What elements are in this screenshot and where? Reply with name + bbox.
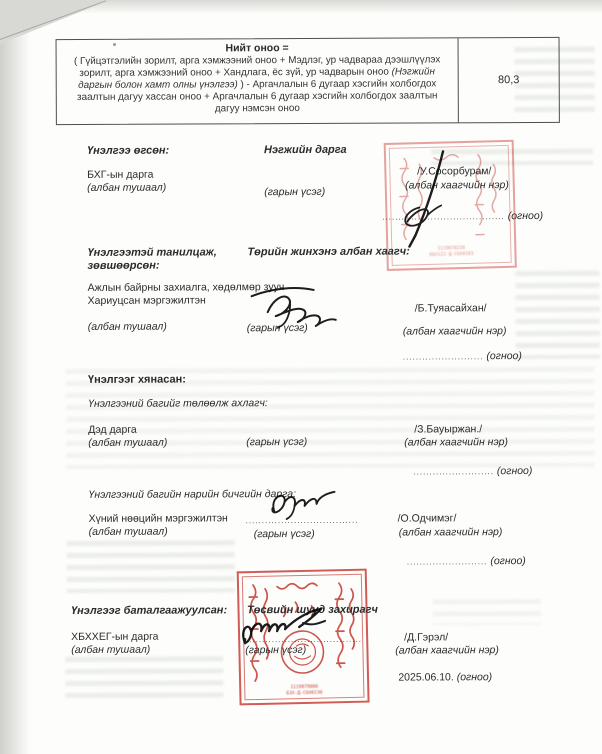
secretary-position: Хүний нөөцийн мэргэжилтэн — [89, 512, 228, 526]
reviewed-date-label: (огноо) — [486, 350, 522, 362]
page-edge-shadow-left — [0, 0, 30, 754]
bleedthrough-text — [67, 540, 235, 593]
total-score-value: 80,3 — [459, 38, 559, 122]
approved-signature-ink — [237, 607, 343, 657]
secretary-name-label: (албан хаагчийн нэр) — [399, 526, 503, 539]
secretary-position-label: (албан тушаал) — [89, 526, 168, 539]
reviewed-name: /Б.Туяасайхан/ — [415, 302, 487, 315]
scan-speck — [113, 43, 116, 46]
secretary-signature-label: (гарын үсэг) — [254, 528, 315, 541]
evaluator-signature-label: (гарын үсэг) — [264, 186, 325, 199]
checked-date-label: (огноо) — [497, 465, 533, 477]
evaluator-position-label: (албан тушаал) — [87, 182, 166, 195]
page-content: Нийт оноо = ( Гүйцэтгэлийн зорилт, арга … — [0, 0, 602, 754]
scanned-document-page: Нийт оноо = ( Гүйцэтгэлийн зорилт, арга … — [0, 0, 602, 754]
dotted-line: ......................... — [403, 352, 484, 361]
bleedthrough-text — [516, 271, 600, 359]
approved-date: 2025.06.10. — [398, 671, 454, 683]
reviewed-name-label: (албан хаагчийн нэр) — [403, 325, 507, 338]
approved-date-line: 2025.06.10. (огноо) — [398, 671, 492, 684]
reviewed-role-title: Төрийн жинхэнэ албан хаагч: — [247, 246, 409, 260]
total-score-formula-cell: Нийт оноо = ( Гүйцэтгэлийн зорилт, арга … — [57, 38, 459, 124]
secretary-date-label: (огноо) — [490, 555, 526, 567]
reviewed-date-line: ......................... (огноо) — [403, 350, 522, 364]
evaluator-date-label: (огноо) — [508, 210, 544, 222]
secretary-signature-ink — [260, 490, 344, 526]
dotted-line: ......................... — [413, 467, 494, 476]
approved-position-label: (албан тушаал) — [71, 644, 150, 657]
total-score-box: Нийт оноо = ( Гүйцэтгэлийн зорилт, арга … — [56, 37, 560, 125]
reviewed-signature-ink — [246, 282, 338, 330]
reviewed-position-line2: Хариуцсан мэргэжилтэн — [88, 294, 206, 308]
reviewed-heading-line2: зөвшөөрсөн: — [87, 260, 159, 273]
evaluator-role-title: Нэгжийн дарга — [264, 144, 347, 157]
total-score-description: ( Гүйцэтгэлийн зорилт, арга хэмжээний он… — [65, 54, 450, 116]
approved-heading: Үнэлгээг баталгаажуулсан: — [71, 604, 227, 618]
bleedthrough-text — [433, 599, 541, 625]
checked-subheading: Үнэлгээний багийг төлөөлж ахлагч: — [88, 397, 268, 411]
dotted-line: ......................... — [407, 557, 488, 566]
checked-position-label: (албан тушаал) — [88, 437, 167, 450]
approved-position: ХБХХЕГ-ын дарга — [71, 631, 158, 644]
checked-signature-label: (гарын үсэг) — [246, 436, 307, 449]
evaluator-signature-ink — [397, 149, 461, 249]
checked-name: /З.Бауыржан./ — [414, 423, 482, 436]
evaluator-heading: Үнэлгээ өгсөн: — [87, 145, 169, 158]
evaluator-position: БХГ-ын дарга — [87, 169, 153, 182]
approved-name: /Д.Гэрэл/ — [404, 631, 448, 644]
checked-date-line: ......................... (огноо) — [413, 465, 532, 479]
approved-date-label: (огноо) — [457, 671, 493, 683]
secretary-name: /О.Одчимэг/ — [398, 512, 457, 525]
reviewed-heading-line1: Үнэлгээтэй танилцаж, — [87, 246, 216, 260]
reviewed-position-label: (албан тушаал) — [88, 321, 167, 334]
bleedthrough-text — [65, 656, 223, 701]
secretary-date-line: ......................... (огноо) — [407, 555, 526, 569]
approved-name-label: (албан хаагчийн нэр) — [395, 644, 499, 657]
checked-heading: Үнэлгээг хянасан: — [88, 374, 186, 387]
checked-position: Дэд дарга — [88, 424, 137, 437]
checked-name-label: (албан хаагчийн нэр) — [404, 436, 508, 449]
